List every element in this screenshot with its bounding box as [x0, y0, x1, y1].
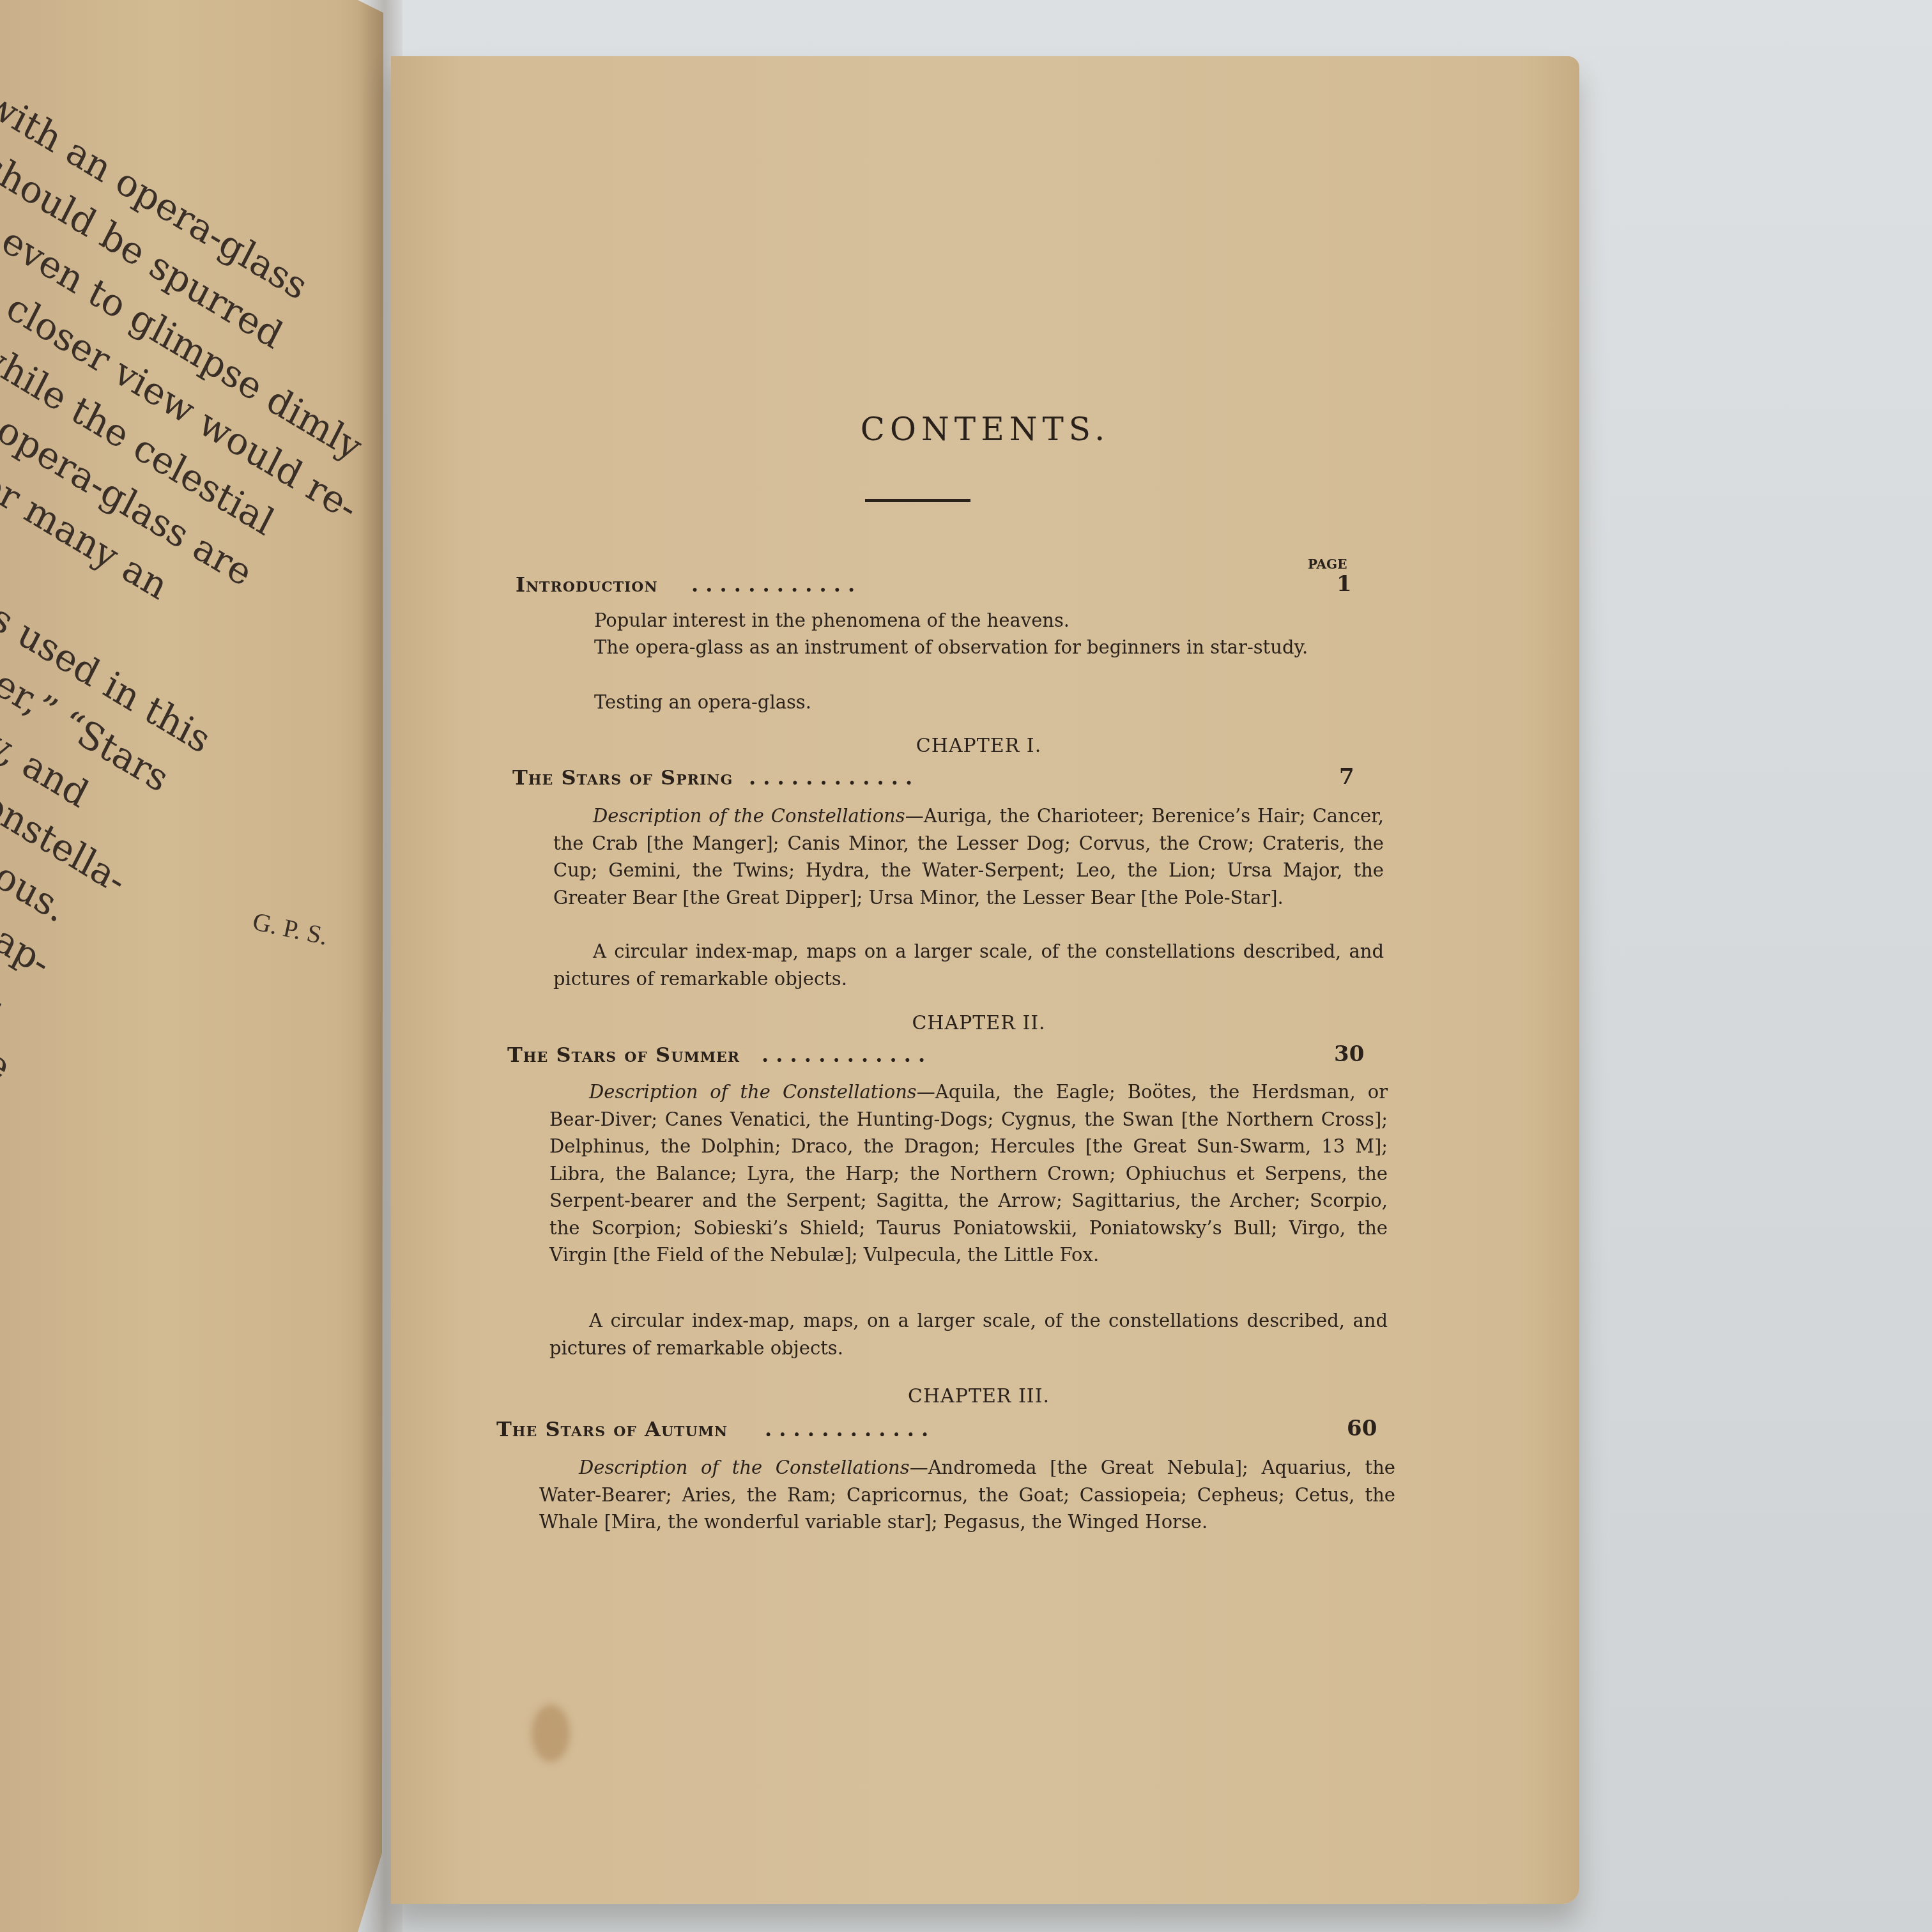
toc-entry-introduction[interactable]: Introduction [516, 572, 658, 597]
entry-page-number: 7 [1339, 764, 1354, 790]
preface-signature: G. P. S. [250, 906, 330, 951]
left-page: …looker with an opera-glass happily, he … [0, 0, 396, 1932]
entry-page-number: 30 [1334, 1041, 1364, 1067]
description-label: Description of the Constellations [579, 1457, 910, 1478]
chapter-label: CHAPTER I. [391, 735, 1567, 757]
toc-entry-summer[interactable]: The Stars of Summer [507, 1043, 740, 1067]
leader-dots: . . . . . . . . . . . . [691, 572, 855, 597]
intro-line: The opera-glass as an instrument of obse… [555, 634, 1380, 661]
description-text: —Aquila, the Eagle; Boötes, the Herdsman… [549, 1081, 1388, 1266]
leader-dots: . . . . . . . . . . . . [749, 765, 912, 790]
intro-line: Testing an opera-glass. [594, 689, 1380, 716]
entry-page-number: 1 [1337, 571, 1352, 597]
entry-title: The Stars of Spring [512, 765, 733, 790]
entry-title: Introduction [516, 572, 658, 597]
page-title: CONTENTS. [391, 411, 1579, 448]
description-label: Description of the Constellations [589, 1081, 917, 1103]
chapter-label: CHAPTER II. [391, 1012, 1567, 1034]
chapter-description: Description of the Constellations—Auriga… [553, 802, 1384, 911]
chapter-description: Description of the Constellations—Aquila… [549, 1078, 1388, 1269]
chapter-maps-note: A circular index-map, maps on a larger s… [553, 938, 1384, 992]
right-page: CONTENTS. PAGE Introduction . . . . . . … [391, 56, 1579, 1904]
intro-line: Popular interest in the phenomena of the… [594, 607, 1380, 634]
foxing-stain [532, 1705, 570, 1762]
entry-title: The Stars of Autumn [496, 1417, 728, 1441]
toc-entry-spring[interactable]: The Stars of Spring [512, 765, 733, 790]
leader-dots: . . . . . . . . . . . . [765, 1417, 928, 1441]
entry-title: The Stars of Summer [507, 1043, 740, 1067]
chapter-description: Description of the Constellations—Androm… [539, 1454, 1395, 1536]
description-label: Description of the Constellations [593, 805, 905, 827]
chapter-maps-note: A circular index-map, maps, on a larger … [549, 1307, 1388, 1361]
title-rule [865, 499, 970, 502]
leader-dots: . . . . . . . . . . . . [762, 1043, 925, 1067]
chapter-label: CHAPTER III. [391, 1385, 1567, 1407]
entry-page-number: 60 [1347, 1416, 1377, 1441]
preface-text: …looker with an opera-glass happily, he … [0, 0, 317, 1146]
toc-entry-autumn[interactable]: The Stars of Autumn [496, 1417, 728, 1441]
page-column-label: PAGE [1308, 556, 1347, 572]
